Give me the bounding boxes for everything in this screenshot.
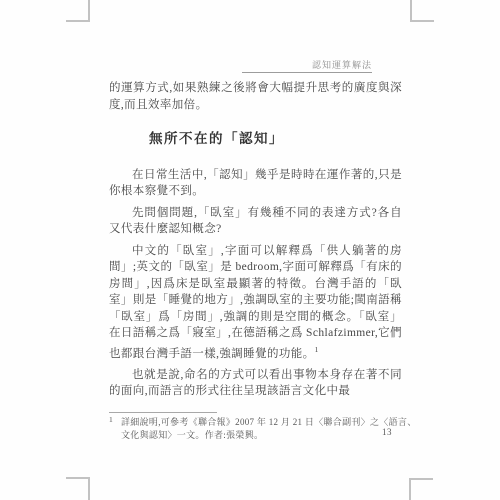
paragraph: 在日常生活中,「認知」幾乎是時時在運作著的,只是你根本察覺不到。	[109, 167, 402, 200]
crop-mark-bottom-left	[66, 477, 90, 479]
footnote-text: 詳細說明,可參考《聯合報》2007 年 12 月 21 日〈聯合副刊〉之〈語言、…	[121, 417, 417, 440]
footnote-separator-rule	[109, 412, 217, 413]
footnote-reference: 1	[315, 345, 319, 354]
page-number: 13	[382, 427, 392, 437]
crop-mark-bottom-left	[88, 477, 90, 500]
paragraph-continuation: 的運算方式,如果熟練之後將會大幅提升思考的廣度與深度,而且效率加倍。	[109, 80, 402, 113]
crop-mark-top-left	[88, 0, 90, 22]
crop-mark-top-left	[66, 20, 90, 22]
paragraph: 也就是說,命名的方式可以看出事物本身存在著不同的面向,而語言的形式往往呈現該語言…	[109, 367, 402, 400]
paragraph-with-footnote: 中文的「臥室」,字面可以解釋爲「供人躺著的房間」;英文的「臥室」是 bedroo…	[109, 243, 402, 362]
crop-mark-top-right	[410, 0, 412, 22]
paragraph: 先問個問題,「臥室」有幾種不同的表達方式?各自又代表什麼認知概念?	[109, 205, 402, 238]
running-head-title: 認知運算解法	[312, 60, 372, 70]
section-heading: 無所不在的「認知」	[149, 131, 402, 148]
crop-mark-top-right	[410, 20, 434, 22]
running-head: 認知運算解法	[242, 59, 372, 73]
footnote-marker: 1	[109, 414, 113, 427]
footnote: 1 詳細說明,可參考《聯合報》2007 年 12 月 21 日〈聯合副刊〉之〈語…	[109, 416, 417, 441]
text-column: 的運算方式,如果熟練之後將會大幅提升思考的廣度與深度,而且效率加倍。 無所不在的…	[109, 80, 402, 405]
book-page: 認知運算解法 的運算方式,如果熟練之後將會大幅提升思考的廣度與深度,而且效率加倍…	[0, 0, 500, 500]
paragraph-text: 中文的「臥室」,字面可以解釋爲「供人躺著的房間」;英文的「臥室」是 bedroo…	[109, 245, 402, 360]
crop-mark-bottom-right	[409, 478, 411, 500]
crop-mark-bottom-right	[409, 478, 433, 480]
